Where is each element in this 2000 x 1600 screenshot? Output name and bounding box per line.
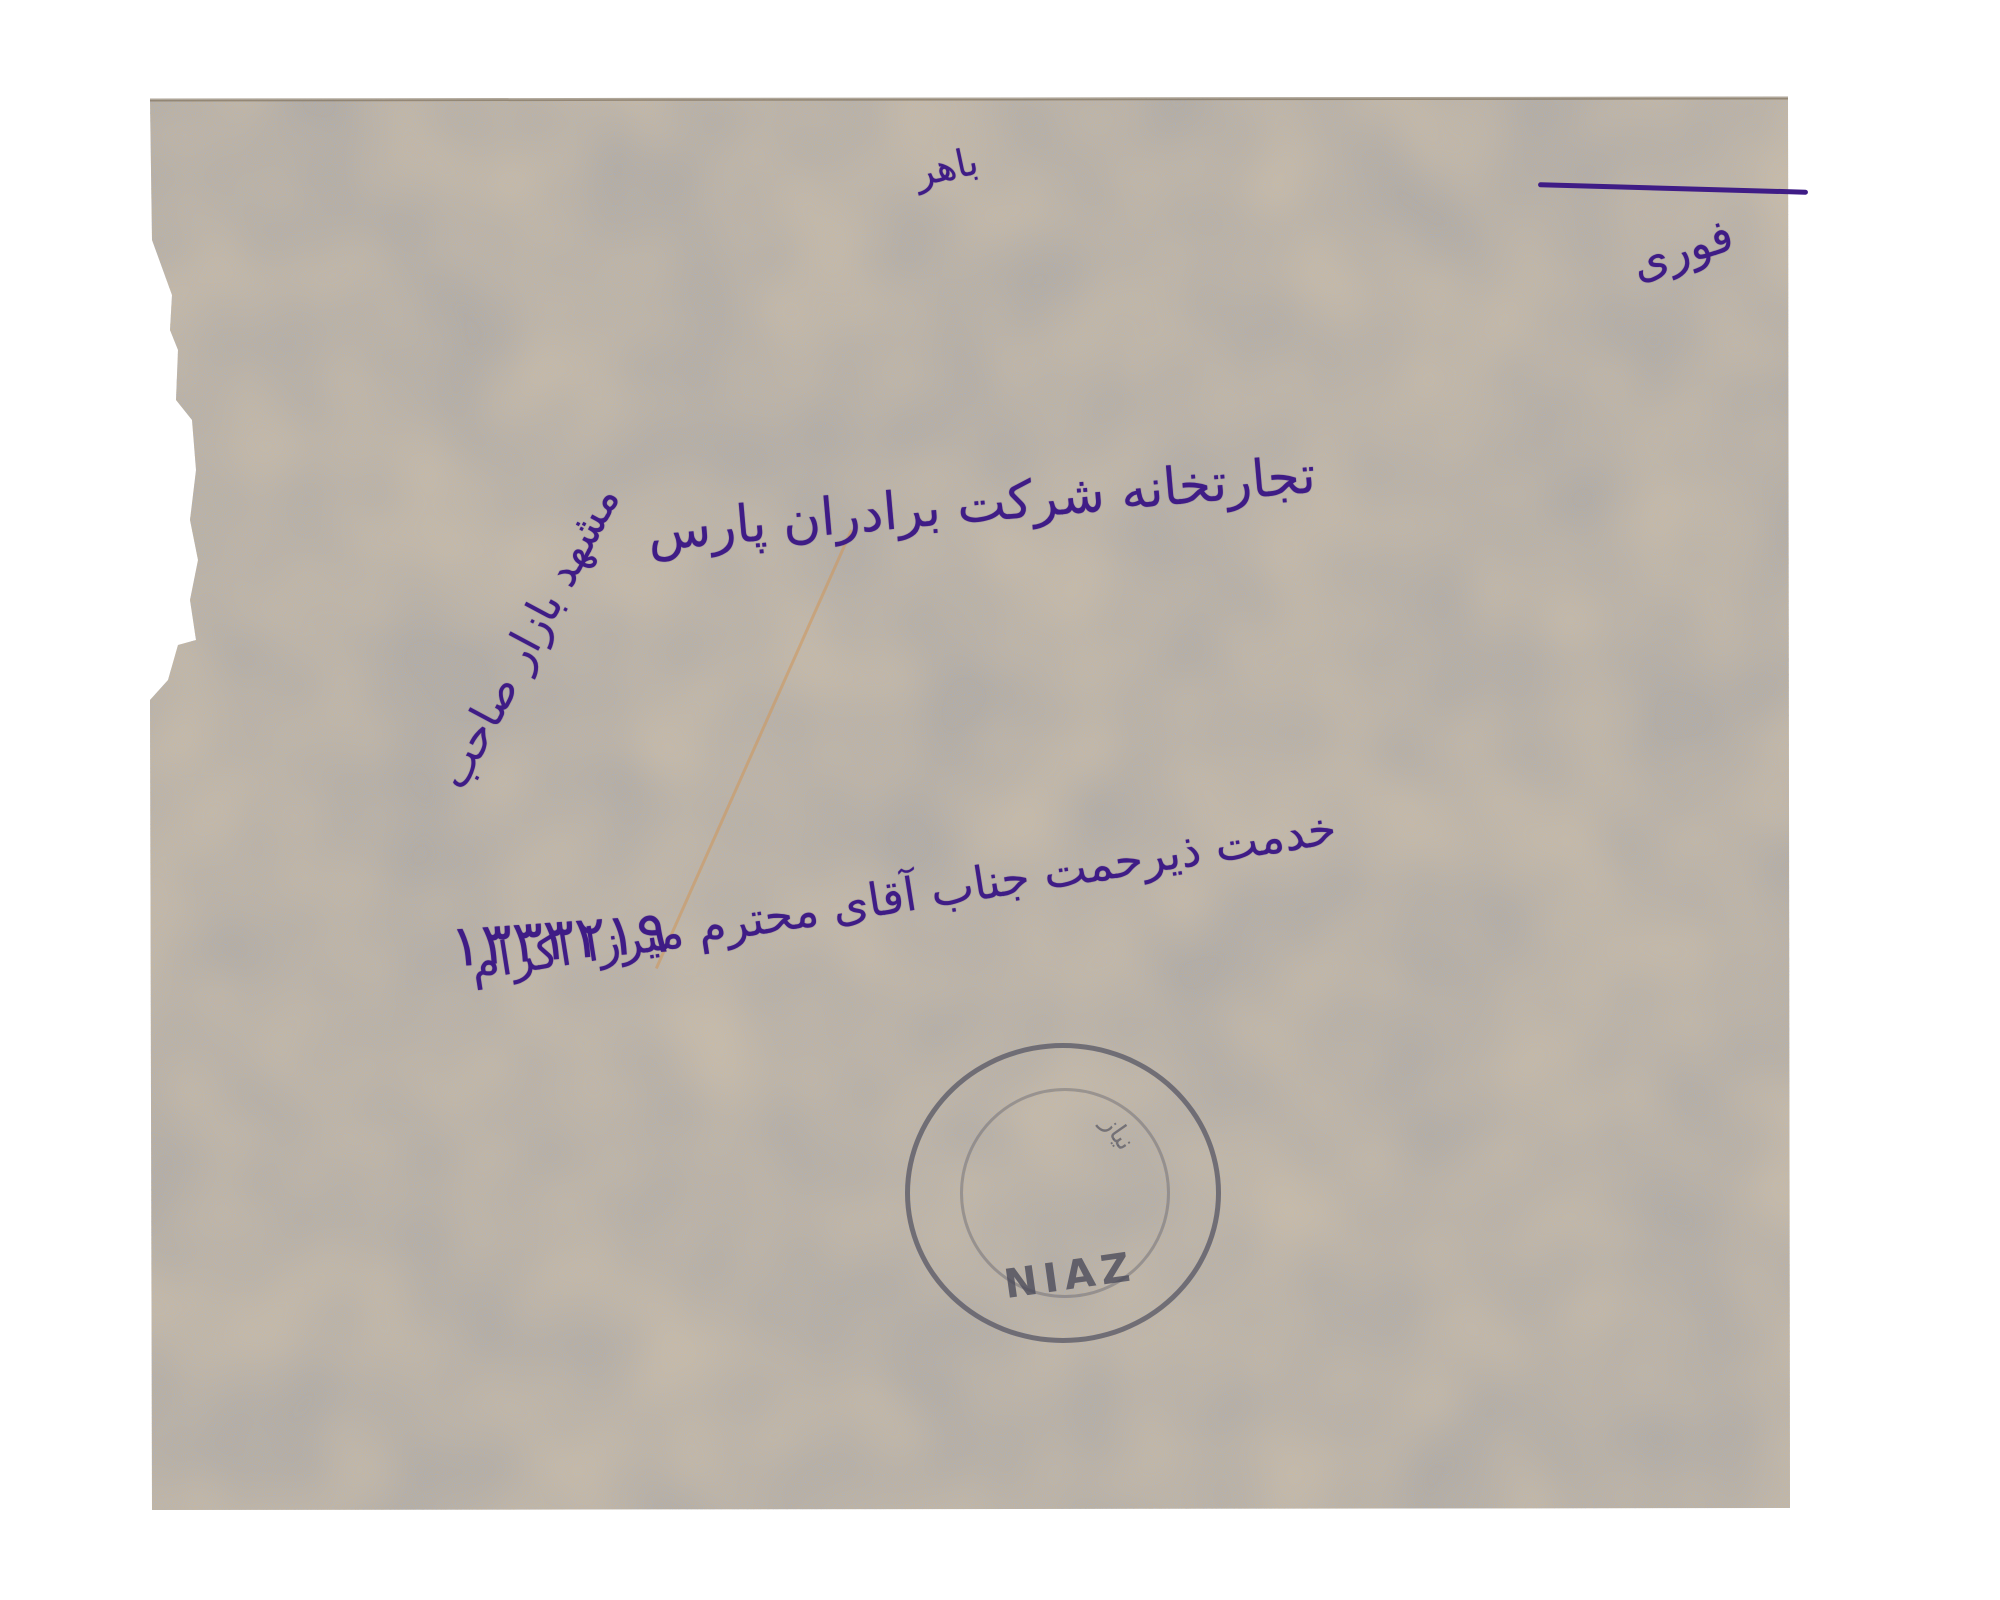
postmark-stamp: نیاز NIAZ (905, 1043, 1221, 1343)
